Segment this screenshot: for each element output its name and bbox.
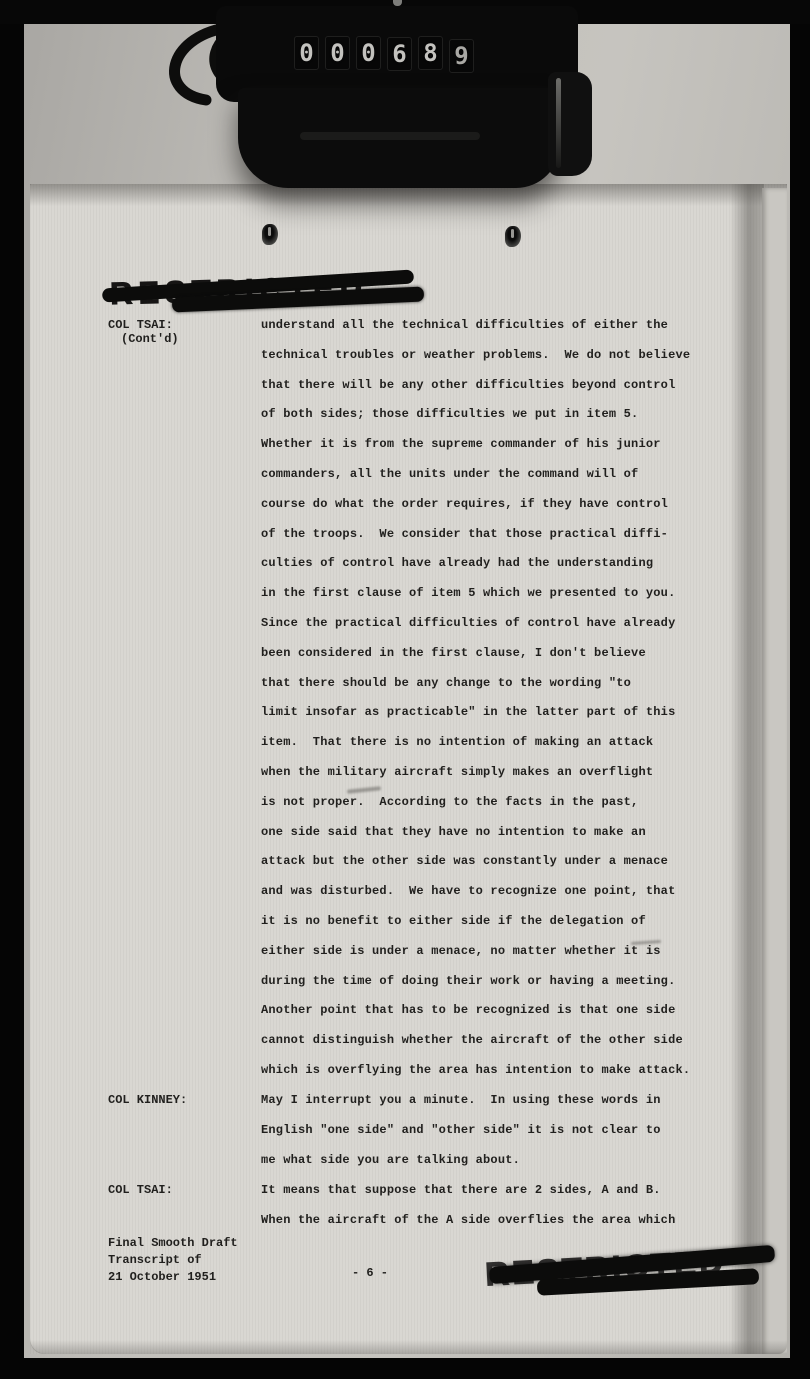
- redaction-stamp-top: RESTRICTED: [110, 272, 430, 316]
- transcript-line: that there should be any change to the w…: [261, 669, 758, 699]
- transcript-line: me what side you are talking about.: [261, 1146, 758, 1176]
- dialogue-turn: COL KINNEY: May I interrupt you a minute…: [108, 1086, 758, 1175]
- transcript-line: of the troops. We consider that those pr…: [261, 520, 758, 550]
- transcript-line: one side said that they have no intentio…: [261, 818, 758, 848]
- counter-digit: 8: [418, 36, 443, 70]
- fastener-glint: [268, 227, 271, 236]
- transcript-line: limit insofar as practicable" in the lat…: [261, 698, 758, 728]
- transcript-line: either side is under a menace, no matter…: [261, 937, 758, 967]
- footer-note: Final Smooth Draft Transcript of 21 Octo…: [108, 1235, 238, 1286]
- transcript-line: in the first clause of item 5 which we p…: [261, 579, 758, 609]
- counter-digit: 6: [387, 37, 412, 71]
- transcript-line: When the aircraft of the A side overflie…: [261, 1206, 758, 1236]
- footer-note-line: Final Smooth Draft: [108, 1235, 238, 1252]
- transcript-line: it is no benefit to either side if the d…: [261, 907, 758, 937]
- redaction-stamp-bottom: RESTRICTED: [485, 1248, 775, 1298]
- footer-note-line: 21 October 1951: [108, 1269, 238, 1286]
- transcript-line: item. That there is no intention of maki…: [261, 728, 758, 758]
- dialogue-lines: understand all the technical difficultie…: [261, 311, 758, 1086]
- speaker-continuation-label: (Cont'd): [121, 329, 179, 349]
- speaker-label: COL KINNEY:: [108, 1086, 187, 1116]
- transcript-line: May I interrupt you a minute. In using t…: [261, 1086, 758, 1116]
- transcript-line: and was disturbed. We have to recognize …: [261, 877, 758, 907]
- metal-highlight: [556, 78, 561, 168]
- transcript-line: Another point that has to be recognized …: [261, 996, 758, 1026]
- transcript-line: that there will be any other difficultie…: [261, 371, 758, 401]
- transcript-line: cannot distinguish whether the aircraft …: [261, 1026, 758, 1056]
- transcript-line: culties of control have already had the …: [261, 549, 758, 579]
- speaker-label: COL TSAI:: [108, 1176, 173, 1206]
- page-counter-slot: [300, 132, 480, 140]
- binder-hole-right: [505, 226, 521, 247]
- transcript-line: course do what the order requires, if th…: [261, 490, 758, 520]
- transcript-line: been considered in the first clause, I d…: [261, 639, 758, 669]
- page-counter-arm: [548, 72, 592, 176]
- counter-digit: 0: [325, 36, 350, 70]
- counter-display: 0 0 0 6 8 9: [294, 36, 474, 70]
- under-sheet-edge: [762, 188, 787, 1354]
- transcript-line: Since the practical difficulties of cont…: [261, 609, 758, 639]
- page-number: - 6 -: [352, 1266, 388, 1280]
- fastener-glint: [511, 229, 514, 238]
- counter-digit: 0: [294, 36, 319, 70]
- transcript-line: when the military aircraft simply makes …: [261, 758, 758, 788]
- dialogue-lines: May I interrupt you a minute. In using t…: [261, 1086, 758, 1175]
- dialogue-turn: COL TSAI: (Cont'd) understand all the te…: [108, 311, 758, 1086]
- transcript-line: English "one side" and "other side" it i…: [261, 1116, 758, 1146]
- transcript-line: understand all the technical difficultie…: [261, 311, 758, 341]
- transcript-line: of both sides; those difficulties we put…: [261, 400, 758, 430]
- transcript-line: commanders, all the units under the comm…: [261, 460, 758, 490]
- transcript-line: It means that suppose that there are 2 s…: [261, 1176, 758, 1206]
- counter-digit: 9: [449, 39, 474, 73]
- paper-sheet: RESTRICTED COL TSAI: (Cont'd) understand…: [30, 184, 787, 1354]
- transcript-line: Whether it is from the supreme commander…: [261, 430, 758, 460]
- dialogue-turn: COL TSAI: It means that suppose that the…: [108, 1176, 758, 1236]
- transcript-line: during the time of doing their work or h…: [261, 967, 758, 997]
- scanned-document: RESTRICTED COL TSAI: (Cont'd) understand…: [0, 0, 810, 1379]
- dialogue-lines: It means that suppose that there are 2 s…: [261, 1176, 758, 1236]
- transcript-line: attack but the other side was constantly…: [261, 847, 758, 877]
- footer-note-line: Transcript of: [108, 1252, 238, 1269]
- paper-bottom-shadow: [30, 1340, 787, 1354]
- transcript-line: which is overflying the area has intenti…: [261, 1056, 758, 1086]
- binder-hole-left: [262, 224, 278, 245]
- transcript-line: is not proper. According to the facts in…: [261, 788, 758, 818]
- counter-digit: 0: [356, 36, 381, 70]
- transcript-line: technical troubles or weather problems. …: [261, 341, 758, 371]
